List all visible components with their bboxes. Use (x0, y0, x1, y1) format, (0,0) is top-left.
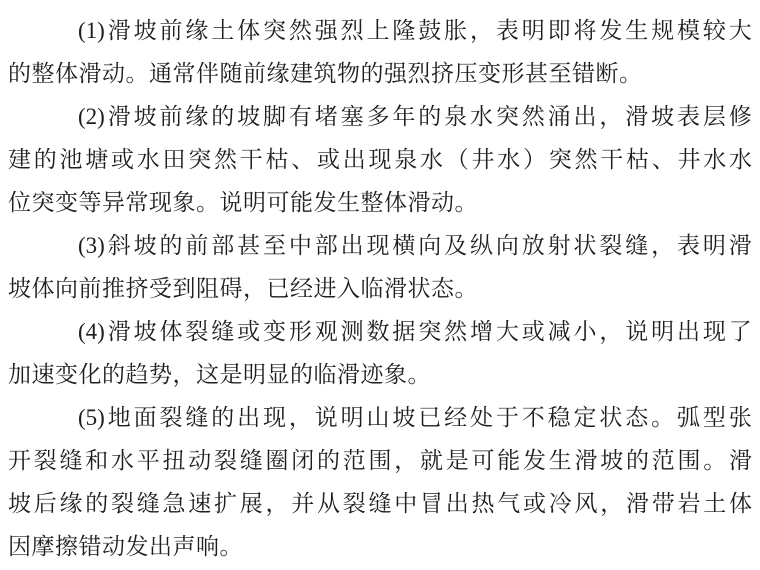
paragraph-2: (2)滑坡前缘的坡脚有堵塞多年的泉水突然涌出，滑坡表层修建的池塘或水田突然干枯、… (8, 95, 752, 224)
text-line: 坡后缘的裂缝急速扩展，并从裂缝中冒出热气或冷风，滑带岩土体 (8, 482, 752, 525)
text-line: (2)滑坡前缘的坡脚有堵塞多年的泉水突然涌出，滑坡表层修 (8, 95, 752, 138)
text-line: 开裂缝和水平扭动裂缝圈闭的范围，就是可能发生滑坡的范围。滑 (8, 439, 752, 482)
paragraph-5: (5)地面裂缝的出现，说明山坡已经处于不稳定状态。弧型张开裂缝和水平扭动裂缝圈闭… (8, 396, 752, 568)
text-line: (3)斜坡的前部甚至中部出现横向及纵向放射状裂缝，表明滑 (8, 224, 752, 267)
text-line: 的整体滑动。通常伴随前缘建筑物的强烈挤压变形甚至错断。 (8, 52, 752, 95)
text-line: (1)滑坡前缘土体突然强烈上隆鼓胀，表明即将发生规模较大 (8, 9, 752, 52)
paragraph-1: (1)滑坡前缘土体突然强烈上隆鼓胀，表明即将发生规模较大的整体滑动。通常伴随前缘… (8, 9, 752, 95)
text-line: 加速变化的趋势，这是明显的临滑迹象。 (8, 353, 752, 396)
text-line: 位突变等异常现象。说明可能发生整体滑动。 (8, 181, 752, 224)
text-line: (5)地面裂缝的出现，说明山坡已经处于不稳定状态。弧型张 (8, 396, 752, 439)
text-line: 坡体向前推挤受到阻碍，已经进入临滑状态。 (8, 267, 752, 310)
text-line: 建的池塘或水田突然干枯、或出现泉水（井水）突然干枯、井水水 (8, 138, 752, 181)
paragraph-list: (1)滑坡前缘土体突然强烈上隆鼓胀，表明即将发生规模较大的整体滑动。通常伴随前缘… (8, 9, 752, 568)
text-line: (4)滑坡体裂缝或变形观测数据突然增大或减小，说明出现了 (8, 310, 752, 353)
paragraph-3: (3)斜坡的前部甚至中部出现横向及纵向放射状裂缝，表明滑坡体向前推挤受到阻碍，已… (8, 224, 752, 310)
document-page: (1)滑坡前缘土体突然强烈上隆鼓胀，表明即将发生规模较大的整体滑动。通常伴随前缘… (0, 0, 760, 570)
text-line: 因摩擦错动发出声响。 (8, 525, 752, 568)
paragraph-4: (4)滑坡体裂缝或变形观测数据突然增大或减小，说明出现了加速变化的趋势，这是明显… (8, 310, 752, 396)
